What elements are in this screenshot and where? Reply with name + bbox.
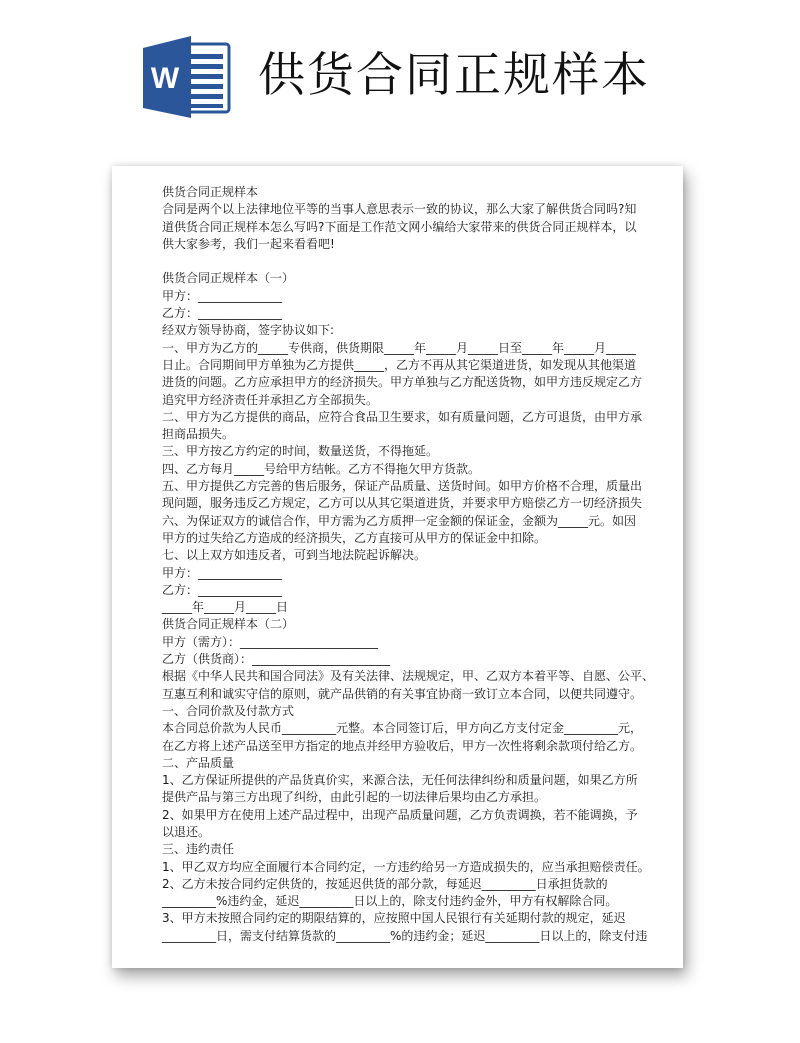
document-line: 乙方（供货商）：_______________________ [162,651,642,668]
document-line: 二、产品质量 [162,755,642,772]
document-page: 供货合同正规样本合同是两个以上法律地位平等的当事人意思表示一致的协议，那么大家了… [112,166,683,968]
document-line: 三、甲方按乙方约定的时间，数量送货，不得拖延。 [162,443,642,460]
document-line: 供货合同正规样本 [162,184,642,201]
document-line: 根据《中华人民共和国合同法》及有关法律、法规规定，甲、乙双方本着平等、自愿、公平… [162,668,642,685]
document-line [162,253,642,270]
document-line: _________日，需支付结算货款的_________%的违约金；延迟____… [162,928,642,945]
document-line: 乙方：______________ [162,582,642,599]
document-line: 本合同总价款为人民币_________元整。本合同签订后，甲方向乙方支付定金__… [162,720,642,737]
document-line: 甲方：______________ [162,565,642,582]
document-line: 供货合同正规样本（二） [162,616,642,633]
document-line: 四、乙方每月_____号给甲方结帐。乙方不得拖欠甲方货款。 [162,461,642,478]
document-line: 六、为保证双方的诚信合作，甲方需为乙方质押一定金额的保证金，金额为_____元。… [162,513,642,530]
header: W 供货合同正规样本 [0,0,800,150]
document-line: 一、合同价款及付款方式 [162,703,642,720]
page-title: 供货合同正规样本 [258,46,650,106]
document-line: 互惠互利和诚实守信的原则，就产品供销的有关事宜协商一致订立本合同，以便共同遵守。 [162,686,642,703]
document-line: 2、如果甲方在使用上述产品过程中，出现产品质量问题，乙方负责调换，若不能调换，予 [162,807,642,824]
document-line: 提供产品与第三方出现了纠纷，由此引起的一切法律后果均由乙方承担。 [162,789,642,806]
document-line: 合同是两个以上法律地位平等的当事人意思表示一致的协议，那么大家了解供货合同吗?知 [162,201,642,218]
document-line: 供大家参考，我们一起来看看吧! [162,236,642,253]
document-line: 一、甲方为乙方的_____专供商，供货期限_____年_____月_____日至… [162,340,642,357]
document-line: 1、甲乙双方均应全面履行本合同约定，一方违约给另一方造成损失的，应当承担赔偿责任… [162,859,642,876]
document-line: 二、甲方为乙方提供的商品，应符合食品卫生要求，如有质量问题，乙方可退货，由甲方承 [162,409,642,426]
document-line: 甲方：______________ [162,288,642,305]
document-line: 进货的问题。乙方应承担甲方的经济损失。甲方单独与乙方配送货物，如甲方违反规定乙方 [162,374,642,391]
document-line: 日止。合同期间甲方单独为乙方提供_____，乙方不再从其它渠道进货，如发现从其他… [162,357,642,374]
document-line: _________%违约金，延迟_________日以上的，除支付违约金外，甲方… [162,893,642,910]
document-line: 甲方的过失给乙方造成的经济损失，乙方直接可从甲方的保证金中扣除。 [162,530,642,547]
document-line: 供货合同正规样本（一） [162,270,642,287]
document-line: 追究甲方经济责任并承担乙方全部损失。 [162,392,642,409]
document-body: 供货合同正规样本合同是两个以上法律地位平等的当事人意思表示一致的协议，那么大家了… [162,184,642,945]
document-line: 三、违约责任 [162,841,642,858]
document-line: 五、甲方提供乙方完善的售后服务，保证产品质量、送货时间。如甲方价格不合理，质量出 [162,478,642,495]
document-line: 以退还。 [162,824,642,841]
document-line: 1、乙方保证所提供的产品货真价实，来源合法，无任何法律纠纷和质量问题，如果乙方所 [162,772,642,789]
document-line: 甲方（需方）：_______________________ [162,634,642,651]
document-line: 七、以上双方如违反者，可到当地法院起诉解决。 [162,547,642,564]
document-line: 3、甲方未按照合同约定的期限结算的，应按照中国人民银行有关延期付款的规定，延迟 [162,910,642,927]
document-line: 现问题，服务违反乙方规定，乙方可以从其它渠道进货，并要求甲方赔偿乙方一切经济损失 [162,495,642,512]
document-line: _____年_____月_____日 [162,599,642,616]
document-line: 乙方：______________ [162,305,642,322]
document-line: 道供货合同正规样本怎么写吗?下面是工作范文网小编给大家带来的供货合同正规样本，以 [162,219,642,236]
document-line: 经双方领导协商，签字协议如下: [162,322,642,339]
document-line: 担商品损失。 [162,426,642,443]
document-line: 在乙方将上述产品送至甲方指定的地点并经甲方验收后，甲方一次性将剩余款项付给乙方。 [162,738,642,755]
svg-text:W: W [151,62,180,95]
document-line: 2、乙方未按合同约定供货的，按延迟供货的部分款，每延迟_________日承担货… [162,876,642,893]
word-document-icon: W [143,36,233,118]
